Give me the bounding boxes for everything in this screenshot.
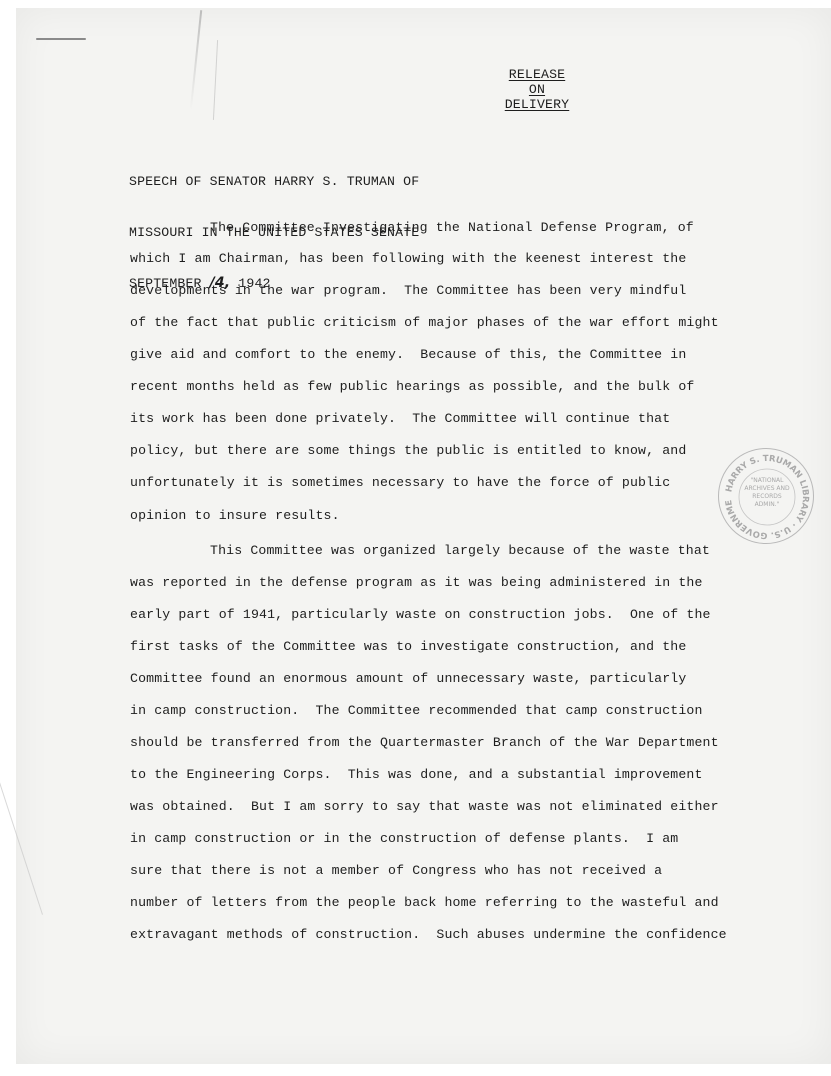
- body-line: was reported in the defense program as i…: [130, 573, 703, 593]
- body-line: policy, but there are some things the pu…: [130, 441, 686, 461]
- body-line: its work has been done privately. The Co…: [130, 409, 670, 429]
- body-line: was obtained. But I am sorry to say that…: [130, 797, 719, 817]
- release-notice: RELEASE ON DELIVERY: [497, 67, 577, 112]
- body-line: sure that there is not a member of Congr…: [130, 861, 662, 881]
- release-line-1: RELEASE: [509, 67, 565, 82]
- body-line: of the fact that public criticism of maj…: [130, 313, 719, 333]
- body-line: which I am Chairman, has been following …: [130, 249, 686, 269]
- release-line-3: DELIVERY: [505, 97, 570, 112]
- body-line: in camp construction. The Committee reco…: [130, 701, 703, 721]
- body-line: first tasks of the Committee was to inve…: [130, 637, 686, 657]
- body-line: in camp construction or in the construct…: [130, 829, 678, 849]
- staple-mark: [36, 38, 86, 40]
- archive-stamp: HARRY S. TRUMAN LIBRARY · U.S. GOVERNMEN…: [718, 448, 814, 544]
- heading-line-1: SPEECH OF SENATOR HARRY S. TRUMAN OF: [129, 173, 419, 190]
- body-line: to the Engineering Corps. This was done,…: [130, 765, 703, 785]
- body-line: Committee found an enormous amount of un…: [130, 669, 686, 689]
- body-line: number of letters from the people back h…: [130, 893, 719, 913]
- body-line: unfortunately it is sometimes necessary …: [130, 473, 670, 493]
- body-line: extravagant methods of construction. Suc…: [130, 925, 727, 945]
- body-line: This Committee was organized largely bec…: [210, 541, 710, 561]
- stamp-inner-line: ADMIN.": [737, 501, 797, 509]
- body-line: recent months held as few public hearing…: [130, 377, 694, 397]
- body-line: early part of 1941, particularly waste o…: [130, 605, 711, 625]
- body-line: opinion to insure results.: [130, 506, 340, 526]
- body-line: give aid and comfort to the enemy. Becau…: [130, 345, 686, 365]
- stamp-inner-line: ARCHIVES AND: [737, 485, 797, 493]
- stamp-inner-line: "NATIONAL: [737, 477, 797, 485]
- body-line: should be transferred from the Quarterma…: [130, 733, 719, 753]
- body-line: The Committee Investigating the National…: [210, 218, 694, 238]
- body-line: developments in the war program. The Com…: [130, 281, 686, 301]
- stamp-inner-line: RECORDS: [737, 493, 797, 501]
- stamp-inner-text: "NATIONAL ARCHIVES AND RECORDS ADMIN.": [737, 477, 797, 509]
- release-line-2: ON: [529, 82, 545, 97]
